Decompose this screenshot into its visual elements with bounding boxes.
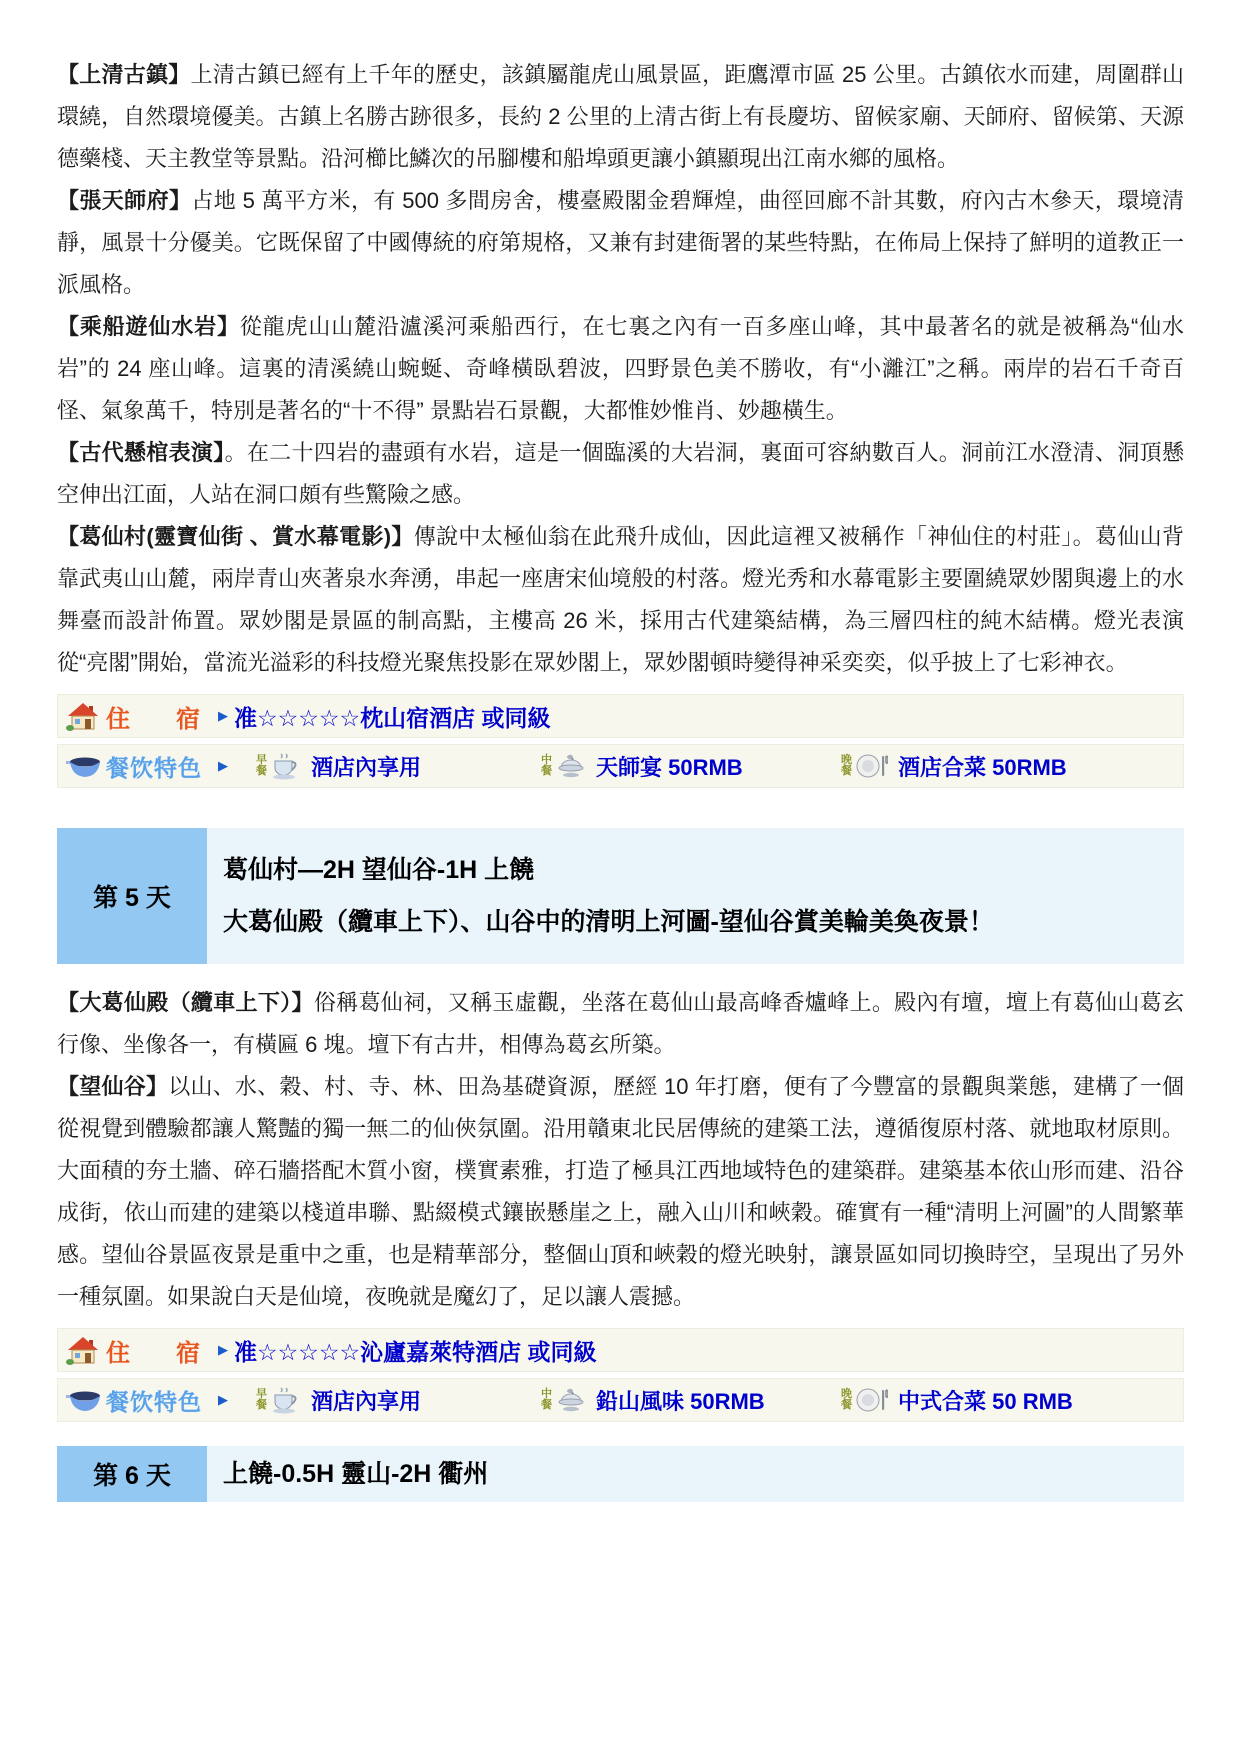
paragraph-heading: 【葛仙村(靈寶仙街 、賞水幕電影)】 xyxy=(57,524,414,549)
meal-lunch: 中餐 天師宴 50RMB xyxy=(541,751,841,782)
tureen-icon xyxy=(556,1387,586,1413)
paragraph-dagexian-hall: 【大葛仙殿（纜車上下）】俗稱葛仙祠，又稱玉虛觀，坐落在葛仙山最高峰香爐峰上。殿內… xyxy=(57,982,1184,1066)
dining-bowl-icon xyxy=(66,752,102,780)
paragraph-heading: 【張天師府】 xyxy=(57,188,191,213)
lunch-tag: 中餐 xyxy=(541,1389,554,1411)
paragraph-body: 上清古鎮已經有上千年的歷史，該鎮屬龍虎山風景區，距鷹潭市區 25 公里。古鎮依水… xyxy=(57,62,1184,171)
lunch-text: 鉛山風味 50RMB xyxy=(596,1385,765,1416)
stay-su-label: 宿 xyxy=(176,699,200,734)
dinner-tag: 晚餐 xyxy=(841,1389,854,1411)
paragraph-heading: 【乘船遊仙水岩】 xyxy=(57,314,240,339)
stay-zhu-label: 住 xyxy=(106,699,130,734)
day5-banner: 第 5 天 葛仙村—2H 望仙谷-1H 上饒 大葛仙殿（纜車上下）、山谷中的清明… xyxy=(57,828,1184,964)
meal-dinner: 晚餐 中式合菜 50 RMB xyxy=(841,1385,1073,1416)
plate-cutlery-icon xyxy=(856,1387,888,1413)
house-icon xyxy=(66,701,100,731)
hotel-row-2: 住 宿 ▶ 准☆☆☆☆☆沁廬嘉萊特酒店 或同級 xyxy=(57,1328,1184,1372)
breakfast-text: 酒店內享用 xyxy=(311,751,421,782)
day5-route-line2: 大葛仙殿（纜車上下）、山谷中的清明上河圖-望仙谷賞美輪美奐夜景！ xyxy=(223,896,1164,948)
paragraph-shangqing-town: 【上清古鎮】上清古鎮已經有上千年的歷史，該鎮屬龍虎山風景區，距鷹潭市區 25 公… xyxy=(57,54,1184,180)
stay-zhu-label: 住 xyxy=(106,1333,130,1368)
paragraph-body: 。在二十四岩的盡頭有水岩，這是一個臨溪的大岩洞，裏面可容納數百人。洞前江水澄清、… xyxy=(57,440,1184,507)
lunch-tag: 中餐 xyxy=(541,755,554,777)
arrow-icon: ▶ xyxy=(218,1392,228,1408)
breakfast-tag: 早餐 xyxy=(256,1389,269,1411)
paragraph-tianshi-mansion: 【張天師府】占地 5 萬平方米，有 500 多間房舍，樓臺殿閣金碧輝煌，曲徑回廊… xyxy=(57,180,1184,306)
dinner-text: 酒店合菜 50RMB xyxy=(898,751,1067,782)
meal-groups: 早餐 酒店內享用 中餐 鉛山風味 50RMB xyxy=(256,1385,1175,1416)
plate-cutlery-icon xyxy=(856,753,888,779)
hotel-name-text: 准☆☆☆☆☆沁廬嘉萊特酒店 或同級 xyxy=(234,1334,597,1367)
meal-row-1: 餐饮特色 ▶ 早餐 酒店內享用 中餐 xyxy=(57,744,1184,788)
hotel-row-1: 住 宿 ▶ 准☆☆☆☆☆枕山宿酒店 或同級 xyxy=(57,694,1184,738)
hotel-row-left: 住 宿 xyxy=(66,1333,216,1368)
meal-groups: 早餐 酒店內享用 中餐 天師宴 50RMB xyxy=(256,751,1175,782)
paragraph-body: 占地 5 萬平方米，有 500 多間房舍，樓臺殿閣金碧輝煌，曲徑回廊不計其數，府… xyxy=(57,188,1184,297)
meal-lunch: 中餐 鉛山風味 50RMB xyxy=(541,1385,841,1416)
hotel-row-left: 住 宿 xyxy=(66,699,216,734)
day6-label: 第 6 天 xyxy=(57,1446,207,1502)
tureen-icon xyxy=(556,753,586,779)
dining-bowl-icon xyxy=(66,1386,102,1414)
day5-route: 葛仙村—2H 望仙谷-1H 上饒 大葛仙殿（纜車上下）、山谷中的清明上河圖-望仙… xyxy=(207,828,1184,964)
meal-breakfast: 早餐 酒店內享用 xyxy=(256,751,541,782)
meal-dinner: 晚餐 酒店合菜 50RMB xyxy=(841,751,1067,782)
lunch-text: 天師宴 50RMB xyxy=(596,751,743,782)
coffee-cup-icon xyxy=(271,1387,301,1414)
arrow-icon: ▶ xyxy=(218,758,228,774)
paragraph-gexian-village: 【葛仙村(靈寶仙街 、賞水幕電影)】傳說中太極仙翁在此飛升成仙，因此這裡又被稱作… xyxy=(57,516,1184,684)
paragraph-heading: 【上清古鎮】 xyxy=(57,62,190,87)
dining-features-label: 餐饮特色 xyxy=(106,1384,202,1417)
paragraph-xianshui-rock-boat: 【乘船遊仙水岩】從龍虎山山麓沿瀘溪河乘船西行，在七裏之內有一百多座山峰，其中最著… xyxy=(57,306,1184,432)
meal-row-2: 餐饮特色 ▶ 早餐 酒店內享用 中餐 xyxy=(57,1378,1184,1422)
day6-route: 上饒-0.5H 靈山-2H 衢州 xyxy=(207,1446,1184,1502)
meal-row-left: 餐饮特色 xyxy=(66,1384,216,1417)
stay-su-label: 宿 xyxy=(176,1333,200,1368)
dinner-text: 中式合菜 50 RMB xyxy=(898,1385,1073,1416)
breakfast-text: 酒店內享用 xyxy=(311,1385,421,1416)
coffee-cup-icon xyxy=(271,753,301,780)
dinner-tag: 晚餐 xyxy=(841,755,854,777)
paragraph-wangxian-valley: 【望仙谷】以山、水、穀、村、寺、林、田為基礎資源，歷經 10 年打磨，便有了今豐… xyxy=(57,1066,1184,1318)
breakfast-tag: 早餐 xyxy=(256,755,269,777)
paragraph-heading: 【望仙谷】 xyxy=(57,1074,168,1099)
day6-route-line1: 上饒-0.5H 靈山-2H 衢州 xyxy=(223,1456,1164,1492)
day5-route-line1: 葛仙村—2H 望仙谷-1H 上饒 xyxy=(223,844,1164,896)
paragraph-body: 以山、水、穀、村、寺、林、田為基礎資源，歷經 10 年打磨，便有了今豐富的景觀與… xyxy=(57,1074,1184,1309)
house-icon xyxy=(66,1335,100,1365)
itinerary-page: 【上清古鎮】上清古鎮已經有上千年的歷史，該鎮屬龍虎山風景區，距鷹潭市區 25 公… xyxy=(0,0,1241,1562)
dining-features-label: 餐饮特色 xyxy=(106,750,202,783)
meal-row-left: 餐饮特色 xyxy=(66,750,216,783)
meal-breakfast: 早餐 酒店內享用 xyxy=(256,1385,541,1416)
paragraph-heading: 【古代懸棺表演】 xyxy=(57,440,225,465)
hotel-name-text: 准☆☆☆☆☆枕山宿酒店 或同級 xyxy=(234,700,551,733)
day6-banner: 第 6 天 上饒-0.5H 靈山-2H 衢州 xyxy=(57,1446,1184,1502)
arrow-icon: ▶ xyxy=(218,708,228,724)
paragraph-hanging-coffin-show: 【古代懸棺表演】。在二十四岩的盡頭有水岩，這是一個臨溪的大岩洞，裏面可容納數百人… xyxy=(57,432,1184,516)
day5-label: 第 5 天 xyxy=(57,828,207,964)
paragraph-heading: 【大葛仙殿（纜車上下）】 xyxy=(57,990,314,1015)
arrow-icon: ▶ xyxy=(218,1342,228,1358)
